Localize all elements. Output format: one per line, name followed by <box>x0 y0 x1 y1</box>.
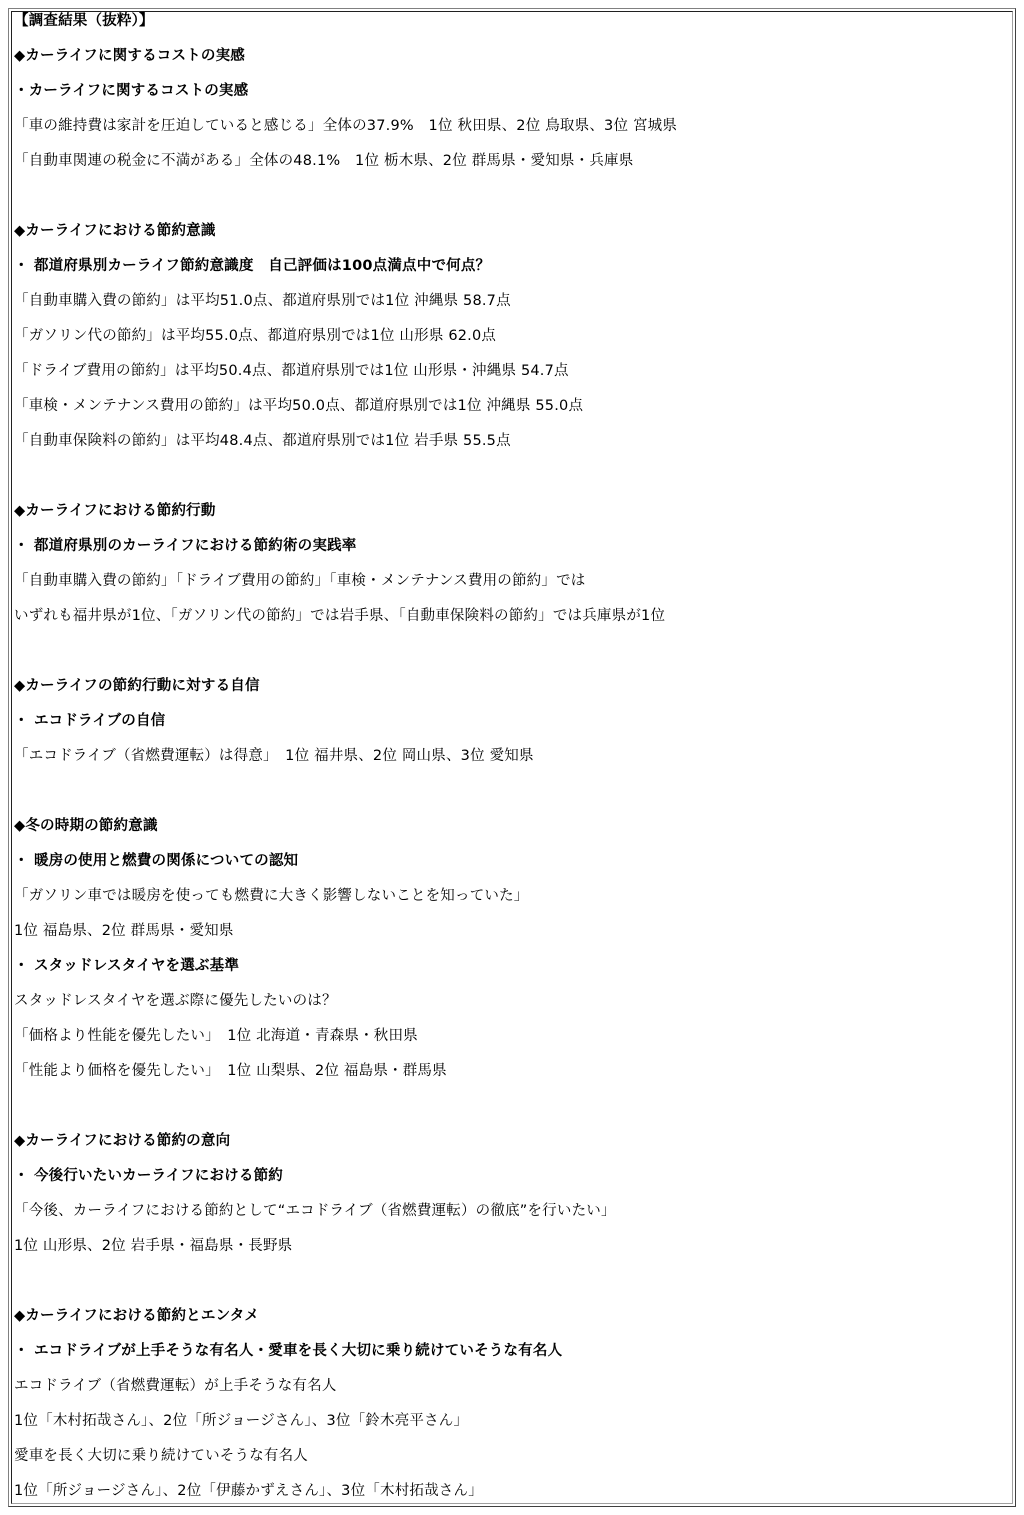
result-line: 愛車を長く大切に乗り続けていそうな有名人 <box>14 1447 1012 1482</box>
result-line: 「ガソリン代の節約」は平均55.0点、都道府県別では1位 山形県 62.0点 <box>14 327 1012 362</box>
result-line: 1位「所ジョージさん」、2位「伊藤かずえさん」、3位「木村拓哉さん」 <box>14 1482 1012 1502</box>
result-line: 「価格より性能を優先したい」 1位 北海道・青森県・秋田県 <box>14 1027 1012 1062</box>
blank-line <box>14 187 1012 222</box>
result-line: 1位 山形県、2位 岩手県・福島県・長野県 <box>14 1237 1012 1272</box>
section-heading-intention: ◆カーライフにおける節約の意向 <box>14 1132 1012 1167</box>
section-heading-saving-awareness: ◆カーライフにおける節約意識 <box>14 222 1012 257</box>
result-line: 「自動車購入費の節約」は平均51.0点、都道府県別では1位 沖縄県 58.7点 <box>14 292 1012 327</box>
result-line: 「ガソリン車では暖房を使っても燃費に大きく影響しないことを知っていた」 <box>14 887 1012 922</box>
section-heading-entertainment: ◆カーライフにおける節約とエンタメ <box>14 1307 1012 1342</box>
result-line: 「自動車関連の税金に不満がある」全体の48.1% 1位 栃木県、2位 群馬県・愛… <box>14 152 1012 187</box>
result-line: 「車の維持費は家計を圧迫していると感じる」全体の37.9% 1位 秋田県、2位 … <box>14 117 1012 152</box>
result-line: スタッドレスタイヤを選ぶ際に優先したいのは？ <box>14 992 1012 1027</box>
results-cell: 【調査結果（抜粋）】 ◆カーライフに関するコストの実感 ・カーライフに関するコス… <box>11 11 1013 1504</box>
blank-line <box>14 1097 1012 1132</box>
result-line: 「自動車保険料の節約」は平均48.4点、都道府県別では1位 岩手県 55.5点 <box>14 432 1012 467</box>
result-line: いずれも福井県が1位、「ガソリン代の節約」では岩手県、「自動車保険料の節約」では… <box>14 607 1012 642</box>
result-line: 「自動車購入費の節約」「ドライブ費用の節約」「車検・メンテナンス費用の節約」では <box>14 572 1012 607</box>
section-heading-winter: ◆冬の時期の節約意識 <box>14 817 1012 852</box>
blank-line <box>14 642 1012 677</box>
result-line: エコドライブ（省燃費運転）が上手そうな有名人 <box>14 1377 1012 1412</box>
section-subheading-heating: ・ 暖房の使用と燃費の関係についての認知 <box>14 852 1012 887</box>
section-subheading-celebrities: ・ エコドライブが上手そうな有名人・愛車を長く大切に乗り続けていそうな有名人 <box>14 1342 1012 1377</box>
section-subheading-intention: ・ 今後行いたいカーライフにおける節約 <box>14 1167 1012 1202</box>
section-heading-saving-action: ◆カーライフにおける節約行動 <box>14 502 1012 537</box>
result-line: 「エコドライブ（省燃費運転）は得意」 1位 福井県、2位 岡山県、3位 愛知県 <box>14 747 1012 782</box>
section-subheading-saving-action: ・ 都道府県別のカーライフにおける節約術の実践率 <box>14 537 1012 572</box>
blank-line <box>14 782 1012 817</box>
result-line: 「ドライブ費用の節約」は平均50.4点、都道府県別では1位 山形県・沖縄県 54… <box>14 362 1012 397</box>
blank-line <box>14 467 1012 502</box>
result-line: 「性能より価格を優先したい」 1位 山梨県、2位 福島県・群馬県 <box>14 1062 1012 1097</box>
result-line: 1位「木村拓哉さん」、2位「所ジョージさん」、3位「鈴木亮平さん」 <box>14 1412 1012 1447</box>
document-title: 【調査結果（抜粋）】 <box>14 12 1012 47</box>
section-heading-cost: ◆カーライフに関するコストの実感 <box>14 47 1012 82</box>
section-subheading-studless: ・ スタッドレスタイヤを選ぶ基準 <box>14 957 1012 992</box>
section-heading-confidence: ◆カーライフの節約行動に対する自信 <box>14 677 1012 712</box>
result-line: 「車検・メンテナンス費用の節約」は平均50.0点、都道府県別では1位 沖縄県 5… <box>14 397 1012 432</box>
section-subheading-confidence: ・ エコドライブの自信 <box>14 712 1012 747</box>
result-line: 「今後、カーライフにおける節約として“エコドライブ（省燃費運転）の徹底”を行いた… <box>14 1202 1012 1237</box>
section-subheading-saving-awareness: ・ 都道府県別カーライフ節約意識度 自己評価は100点満点中で何点？ <box>14 257 1012 292</box>
blank-line <box>14 1272 1012 1307</box>
section-subheading-cost: ・カーライフに関するコストの実感 <box>14 82 1012 117</box>
results-table: 【調査結果（抜粋）】 ◆カーライフに関するコストの実感 ・カーライフに関するコス… <box>8 8 1016 1507</box>
result-line: 1位 福島県、2位 群馬県・愛知県 <box>14 922 1012 957</box>
